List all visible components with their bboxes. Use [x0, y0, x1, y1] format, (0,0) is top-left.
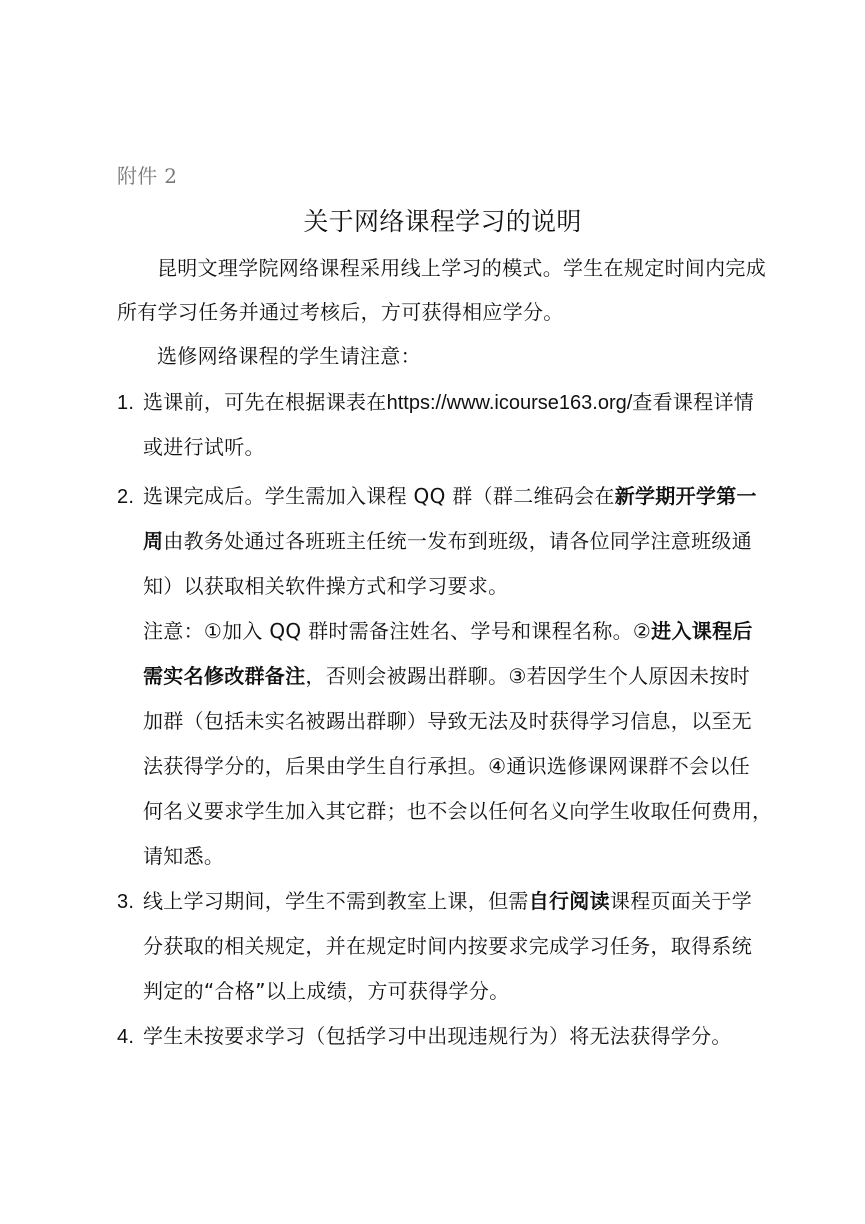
list-item-4: 4.学生未按要求学习（包括学习中出现违规行为）将无法获得学分。 — [117, 1023, 732, 1050]
intro-line-2: 所有学习任务并通过考核后，方可获得相应学分。 — [117, 299, 564, 325]
list-item-3-line-3: 判定的“合格”以上成绩，方可获得学分。 — [143, 978, 509, 1004]
note-line-3: 加群（包括未实名被踢出群聊）导致无法及时获得学习信息，以至无 — [143, 708, 752, 734]
note-line-4: 法获得学分的，后果由学生自行承担。④通识选修课网课群不会以任 — [143, 753, 750, 779]
note-line-5: 何名义要求学生加入其它群；也不会以任何名义向学生收取任何费用， — [143, 798, 772, 824]
intro-line-1: 昆明文理学院网络课程采用线上学习的模式。学生在规定时间内完成 — [157, 255, 766, 281]
note-line-1: 注意：①加入 QQ 群时需备注姓名、学号和课程名称。②进入课程后 — [143, 618, 753, 644]
list-item-1: 1.选课前，可先在根据课表在https://www.icourse163.org… — [117, 389, 754, 416]
note-line-6: 请知悉。 — [143, 843, 224, 869]
list-item-2: 2.选课完成后。学生需加入课程 QQ 群（群二维码会在新学期开学第一 — [117, 483, 757, 510]
list-item-3: 3.线上学习期间，学生不需到教室上课，但需自行阅读课程页面关于学 — [117, 888, 752, 915]
list-item-3-line-2: 分获取的相关规定，并在规定时间内按要求完成学习任务，取得系统 — [143, 933, 752, 959]
note-line-2: 需实名修改群备注，否则会被踢出群聊。③若因学生个人原因未按时 — [143, 663, 750, 689]
item-number: 1. — [117, 390, 143, 416]
document-title: 关于网络课程学习的说明 — [0, 206, 865, 238]
attachment-label: 附件 2 — [117, 163, 177, 189]
list-item-2-line-3: 知）以获取相关软件操方式和学习要求。 — [143, 573, 508, 599]
item-number: 3. — [117, 889, 143, 915]
list-item-2-line-2: 周由教务处通过各班班主任统一发布到班级，请各位同学注意班级通 — [143, 528, 752, 554]
notice-heading: 选修网络课程的学生请注意： — [157, 343, 421, 369]
list-item-1-line-2: 或进行试听。 — [143, 434, 265, 460]
bold-emphasis: 自行阅读 — [529, 889, 610, 913]
item-number: 2. — [117, 484, 143, 510]
bold-emphasis: 进入课程后 — [651, 619, 753, 643]
bold-emphasis: 周 — [143, 529, 163, 553]
bold-emphasis: 需实名修改群备注 — [143, 664, 305, 688]
course-site-link[interactable]: https://www.icourse163.org/ — [387, 392, 633, 414]
bold-emphasis: 新学期开学第一 — [615, 484, 757, 508]
item-number: 4. — [117, 1024, 143, 1050]
